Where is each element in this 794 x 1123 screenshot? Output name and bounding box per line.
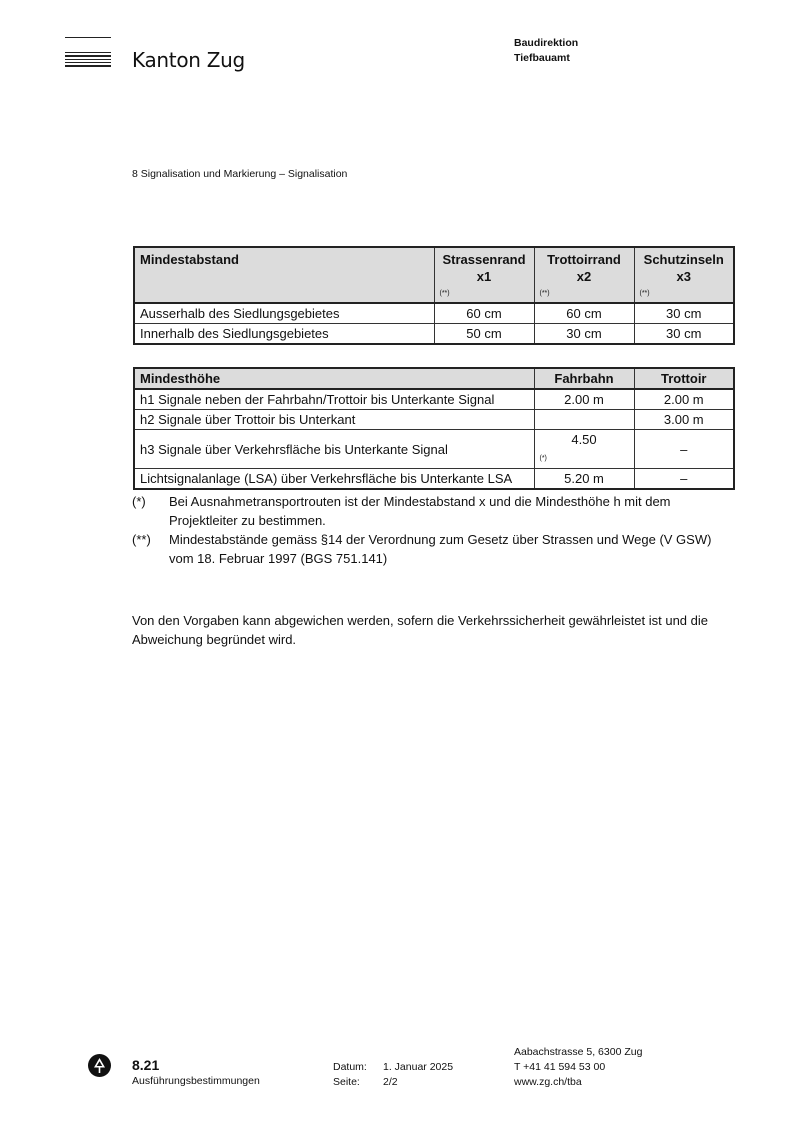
phone: T +41 41 594 53 00 (514, 1060, 642, 1075)
date-label: Datum: (333, 1060, 383, 1075)
row-label: h2 Signale über Trottoir bis Unterkant (134, 410, 534, 430)
header-mindesthoehe: Mindesthöhe (134, 368, 534, 389)
cell-value: 30 cm (534, 324, 634, 345)
footnote-text: Bei Ausnahmetransportrouten ist der Mind… (169, 492, 732, 530)
footnote-ref: (*) (540, 449, 629, 468)
cell-trottoir: 2.00 m (634, 389, 734, 410)
page-value: 2/2 (383, 1076, 398, 1088)
cell-fahrbahn: 4.50 (*) (534, 430, 634, 469)
footnotes: (*) Bei Ausnahmetransportrouten ist der … (132, 492, 732, 568)
tree-icon (88, 1054, 111, 1077)
address: Aabachstrasse 5, 6300 Zug (514, 1045, 642, 1060)
cell-value: 30 cm (634, 324, 734, 345)
department-block: Baudirektion Tiefbauamt (514, 36, 578, 66)
table-row: h2 Signale über Trottoir bis Unterkant 3… (134, 410, 734, 430)
body-paragraph: Von den Vorgaben kann abgewichen werden,… (132, 611, 732, 649)
min-height-table: Mindesthöhe Fahrbahn Trottoir h1 Signale… (133, 367, 735, 490)
cell-fahrbahn: 2.00 m (534, 389, 634, 410)
header-trottoirrand: Trottoirrandx2 (**) (534, 247, 634, 303)
document-number: 8.21 (132, 1057, 159, 1073)
page-label: Seite: (333, 1075, 383, 1090)
document-title: Ausführungsbestimmungen (132, 1075, 260, 1087)
table-row: Innerhalb des Siedlungsgebietes 50 cm 30… (134, 324, 734, 345)
department-name: Baudirektion (514, 36, 578, 51)
row-label: Lichtsignalanlage (LSA) über Verkehrsflä… (134, 469, 534, 490)
cell-value: 60 cm (534, 303, 634, 324)
cell-trottoir: 3.00 m (634, 410, 734, 430)
cell-value: 60 cm (434, 303, 534, 324)
cell-fahrbahn (534, 410, 634, 430)
row-label: h1 Signale neben der Fahrbahn/Trottoir b… (134, 389, 534, 410)
organization-name: Kanton Zug (132, 48, 245, 72)
cell-value: 30 cm (634, 303, 734, 324)
table-row: h3 Signale über Verkehrsfläche bis Unter… (134, 430, 734, 469)
header-strassenrand: Strassenrandx1 (**) (434, 247, 534, 303)
table-row: h1 Signale neben der Fahrbahn/Trottoir b… (134, 389, 734, 410)
cell-value: 50 cm (434, 324, 534, 345)
row-label: h3 Signale über Verkehrsfläche bis Unter… (134, 430, 534, 469)
cell-trottoir: – (634, 430, 734, 469)
table-header-row: Mindestabstand Strassenrandx1 (**) Trott… (134, 247, 734, 303)
date-value: 1. Januar 2025 (383, 1061, 453, 1073)
footnote-mark: (**) (132, 530, 169, 568)
title-separator: – (276, 168, 288, 180)
footnote-text: Mindestabstände gemäss §14 der Verordnun… (169, 530, 732, 568)
table-row: Lichtsignalanlage (LSA) über Verkehrsflä… (134, 469, 734, 490)
section-subtitle: Signalisation (288, 168, 348, 180)
chapter-title: 8 Signalisation und Markierung (132, 168, 276, 180)
table-row: Ausserhalb des Siedlungsgebietes 60 cm 6… (134, 303, 734, 324)
footnote: (**) Mindestabstände gemäss §14 der Vero… (132, 530, 732, 568)
header-fahrbahn: Fahrbahn (534, 368, 634, 389)
footnote-mark: (*) (132, 492, 169, 530)
row-label: Innerhalb des Siedlungsgebietes (134, 324, 434, 345)
header-schutzinseln: Schutzinselnx3 (**) (634, 247, 734, 303)
website-link[interactable]: www.zg.ch/tba (514, 1075, 642, 1090)
document-meta: Datum:1. Januar 2025 Seite:2/2 (333, 1060, 453, 1090)
section-title: 8 Signalisation und Markierung – Signali… (132, 168, 347, 180)
row-label: Ausserhalb des Siedlungsgebietes (134, 303, 434, 324)
footnote: (*) Bei Ausnahmetransportrouten ist der … (132, 492, 732, 530)
header-mindestabstand: Mindestabstand (134, 247, 434, 303)
cell-fahrbahn: 5.20 m (534, 469, 634, 490)
office-name: Tiefbauamt (514, 51, 578, 66)
header-trottoir: Trottoir (634, 368, 734, 389)
contact-block: Aabachstrasse 5, 6300 Zug T +41 41 594 5… (514, 1045, 642, 1090)
table-header-row: Mindesthöhe Fahrbahn Trottoir (134, 368, 734, 389)
min-distance-table: Mindestabstand Strassenrandx1 (**) Trott… (133, 246, 735, 345)
cell-trottoir: – (634, 469, 734, 490)
